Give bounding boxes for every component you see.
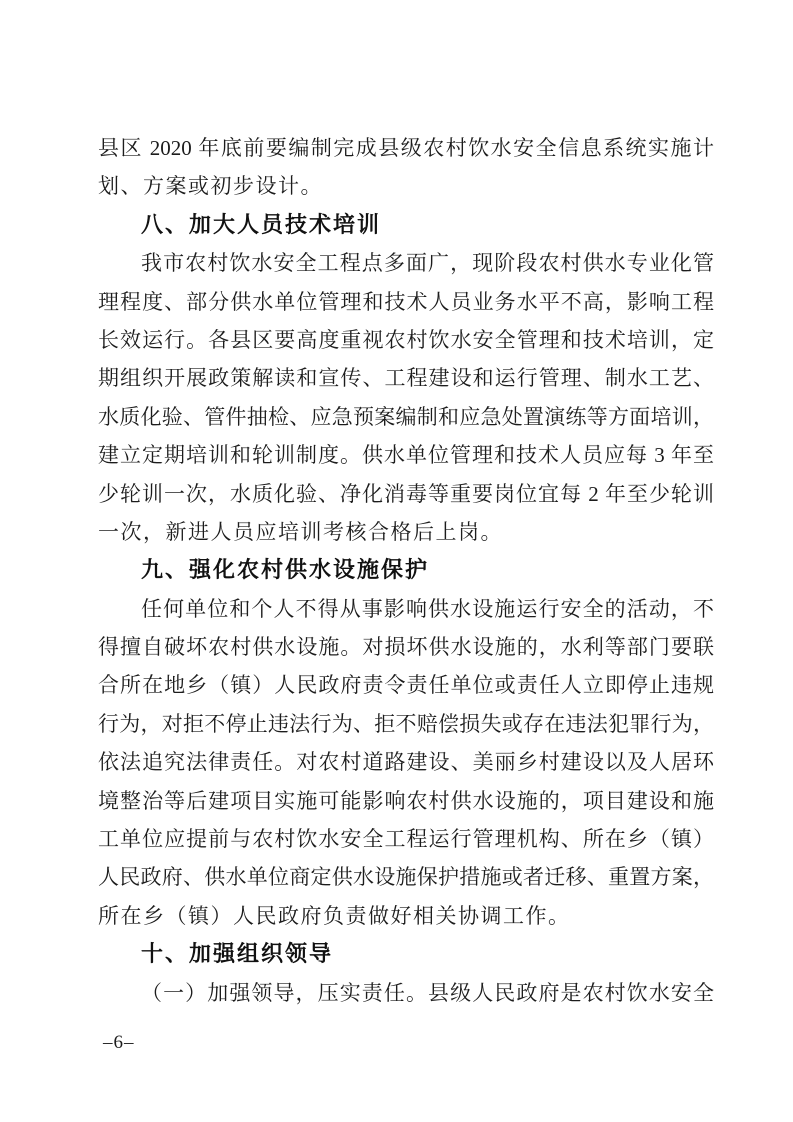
body-text-line: 县区 2020 年底前要编制完成县级农村饮水安全信息系统实施计 [98,129,714,167]
body-text-line: 依法追究法律责任。对农村道路建设、美丽乡村建设以及人居环 [98,743,714,781]
body-text-line: 境整治等后建项目实施可能影响农村供水设施的，项目建设和施 [98,782,714,820]
body-text-line: 人民政府、供水单位商定供水设施保护措施或者迁移、重置方案， [98,858,714,896]
body-text-line: 任何单位和个人不得从事影响供水设施运行安全的活动，不 [98,590,714,628]
body-text-line: 划、方案或初步设计。 [98,167,714,205]
page-number: –6– [103,1031,135,1055]
document-body: 县区 2020 年底前要编制完成县级农村饮水安全信息系统实施计划、方案或初步设计… [98,129,714,1012]
body-text-line: 建立定期培训和轮训制度。供水单位管理和技术人员应每 3 年至 [98,436,714,474]
body-text-line: 工单位应提前与农村饮水安全工程运行管理机构、所在乡（镇） [98,820,714,858]
body-text-line: 所在乡（镇）人民政府负责做好相关协调工作。 [98,897,714,935]
section-heading: 九、强化农村供水设施保护 [98,551,714,589]
body-text-line: 行为，对拒不停止违法行为、拒不赔偿损失或存在违法犯罪行为， [98,705,714,743]
body-text-line: 少轮训一次，水质化验、净化消毒等重要岗位宜每 2 年至少轮训 [98,475,714,513]
section-heading: 十、加强组织领导 [98,935,714,973]
body-text-line: 长效运行。各县区要高度重视农村饮水安全管理和技术培训，定 [98,321,714,359]
body-text-line: 得擅自破坏农村供水设施。对损坏供水设施的，水利等部门要联 [98,628,714,666]
section-heading: 八、加大人员技术培训 [98,206,714,244]
body-text-line: 期组织开展政策解读和宣传、工程建设和运行管理、制水工艺、 [98,359,714,397]
body-text-line: 水质化验、管件抽检、应急预案编制和应急处置演练等方面培训， [98,398,714,436]
body-text-line: 理程度、部分供水单位管理和技术人员业务水平不高，影响工程 [98,283,714,321]
document-page: 县区 2020 年底前要编制完成县级农村饮水安全信息系统实施计划、方案或初步设计… [0,0,793,1122]
body-text-line: （一）加强领导，压实责任。县级人民政府是农村饮水安全 [98,974,714,1012]
body-text-line: 一次，新进人员应培训考核合格后上岗。 [98,513,714,551]
body-text-line: 合所在地乡（镇）人民政府责令责任单位或责任人立即停止违规 [98,666,714,704]
body-text-line: 我市农村饮水安全工程点多面广，现阶段农村供水专业化管 [98,244,714,282]
